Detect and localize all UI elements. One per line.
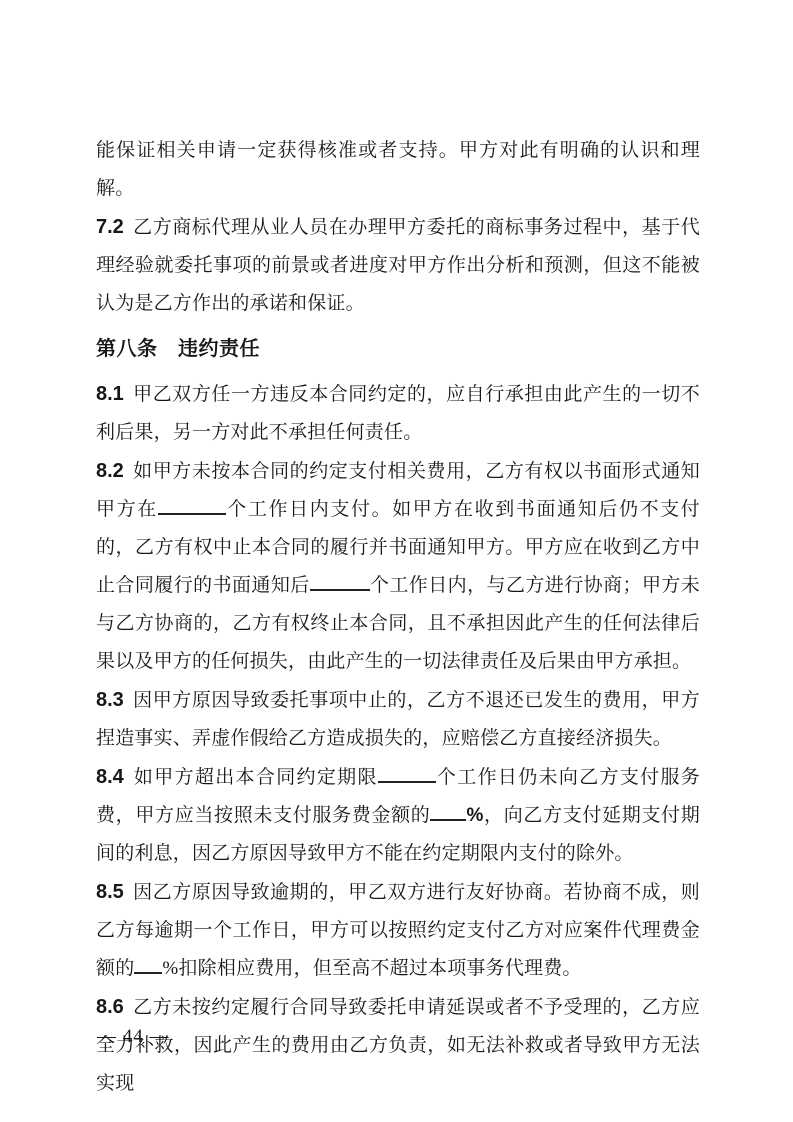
clause-7-2: 7.2乙方商标代理从业人员在办理甲方委托的商标事务过程中，基于代理经验就委托事项… (96, 208, 700, 323)
contract-document-page: 能保证相关申请一定获得核准或者支持。甲方对此有明确的认识和理解。 7.2乙方商标… (0, 0, 793, 1122)
clause-8-5: 8.5因乙方原因导致逾期的，甲乙双方进行友好协商。若协商不成，则乙方每逾期一个工… (96, 873, 700, 988)
clause-text: 因甲方原因导致委托事项中止的，乙方不退还已发生的费用，甲方捏造事实、弄虚作假给乙… (96, 690, 700, 749)
clause-number: 8.5 (96, 881, 124, 903)
clause-number: 7.2 (96, 216, 124, 238)
clause-text: 乙方商标代理从业人员在办理甲方委托的商标事务过程中，基于代理经验就委托事项的前景… (96, 217, 700, 314)
page-number: — 44 — (97, 1026, 170, 1048)
section-heading-article-8: 第八条 违约责任 (96, 330, 700, 368)
clause-text: 能保证相关申请一定获得核准或者支持。甲方对此有明确的认识和理解。 (96, 140, 700, 199)
clause-number: 8.6 (96, 996, 124, 1018)
clause-text: %扣除相应费用，但至高不超过本项事务代理费。 (162, 958, 581, 979)
fill-in-blank (430, 803, 466, 821)
clause-8-1: 8.1甲乙双方任一方违反本合同约定的，应自行承担由此产生的一切不利后果，另一方对… (96, 375, 700, 452)
clause-text: 甲乙双方任一方违反本合同约定的，应自行承担由此产生的一切不利后果，另一方对此不承… (96, 384, 700, 443)
percent-sign: % (466, 805, 483, 826)
fill-in-blank (378, 765, 436, 783)
clause-8-3: 8.3因甲方原因导致委托事项中止的，乙方不退还已发生的费用，甲方捏造事实、弄虚作… (96, 681, 700, 758)
fill-in-blank (158, 497, 226, 515)
clause-8-4: 8.4如甲方超出本合同约定期限个工作日仍未向乙方支付服务费，甲方应当按照未支付服… (96, 758, 700, 873)
fill-in-blank (310, 573, 370, 591)
clause-number: 8.2 (96, 460, 124, 482)
clause-number: 8.4 (96, 766, 124, 788)
clause-text: 如甲方超出本合同约定期限 (133, 767, 378, 788)
clause-7-1-continuation: 能保证相关申请一定获得核准或者支持。甲方对此有明确的认识和理解。 (96, 132, 700, 208)
clause-number: 8.3 (96, 689, 124, 711)
clause-8-6: 8.6乙方未按约定履行合同导致委托申请延误或者不予受理的，乙方应全力补救，因此产… (96, 988, 700, 1103)
clause-text: 乙方未按约定履行合同导致委托申请延误或者不予受理的，乙方应全力补救，因此产生的费… (96, 997, 700, 1094)
fill-in-blank (134, 956, 162, 974)
clause-number: 8.1 (96, 383, 124, 405)
clause-8-2: 8.2如甲方未按本合同的约定支付相关费用，乙方有权以书面形式通知甲方在个工作日内… (96, 452, 700, 681)
